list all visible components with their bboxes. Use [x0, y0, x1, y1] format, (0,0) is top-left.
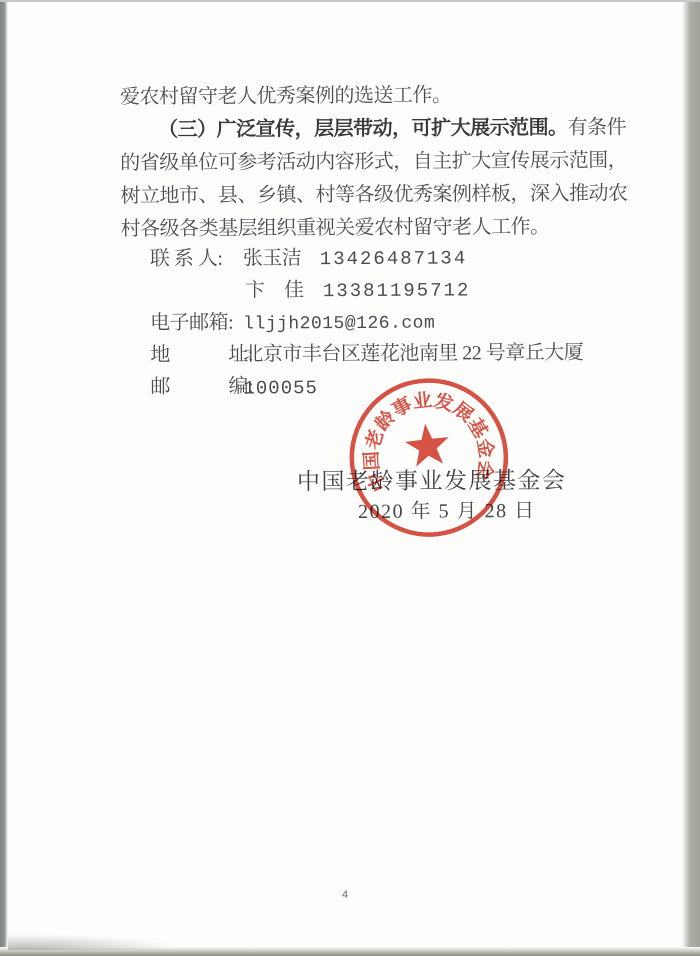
- contact-person-name: 张玉洁: [243, 248, 302, 268]
- postcode-value: 100055: [243, 379, 318, 398]
- paragraph-line: 树立地市、县、乡镇、村等各级优秀案例样板，深入推动农: [120, 184, 627, 207]
- scan-edge-left: [0, 0, 8, 956]
- postcode-label: 邮 编:: [150, 377, 253, 398]
- page-number: 4: [342, 890, 348, 901]
- document-content: 爱农村留守老人优秀案例的选送工作。 （三）广泛宣传，层层带动，可扩大展示范围。有…: [0, 0, 700, 956]
- address-label: 地 址:: [150, 345, 253, 366]
- contact-person-phone: 13426487134: [320, 249, 468, 269]
- email-label: 电子邮箱:: [150, 313, 233, 333]
- paragraph-line: 村各级各类基层组织重视关爱农村留守老人工作。: [121, 217, 550, 239]
- scan-smudge: [8, 934, 178, 950]
- contact-person-phone: 13381195712: [323, 281, 471, 301]
- scanned-document-page: 爱农村留守老人优秀案例的选送工作。 （三）广泛宣传，层层带动，可扩大展示范围。有…: [0, 0, 700, 956]
- seal-group: 中国老龄事业发展基金会: [344, 373, 514, 543]
- address-value: 北京市丰台区莲花池南里 22 号章丘大厦: [243, 343, 583, 365]
- official-seal-stamp: 中国老龄事业发展基金会: [336, 363, 523, 556]
- star-icon: [403, 421, 451, 467]
- contact-person-name: 卞 佳: [245, 280, 304, 300]
- paragraph-line: 爱农村留守老人优秀案例的选送工作。: [120, 85, 452, 107]
- email-value: lljjh2015@126.com: [243, 315, 435, 334]
- scan-edge-right: [682, 0, 700, 956]
- scan-edge-top: [0, 0, 700, 2]
- contact-person-label: 联 系 人:: [150, 249, 223, 269]
- paragraph-line: 的省级单位可参考活动内容形式，自主扩大宣传展示范围，: [120, 151, 627, 174]
- paragraph-text: 有条件: [568, 117, 627, 139]
- paragraph-line: （三）广泛宣传，层层带动，可扩大展示范围。有条件: [158, 118, 626, 140]
- section-heading: （三）广泛宣传，层层带动，可扩大展示范围。: [158, 117, 568, 141]
